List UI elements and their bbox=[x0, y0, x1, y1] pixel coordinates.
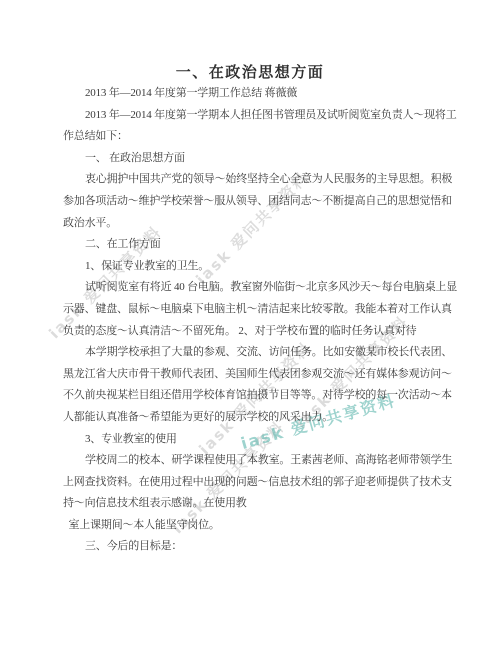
text-line: 二、在工作方面 bbox=[63, 234, 445, 256]
text-line: 负责的态度～认真清洁～不留死角。 2、对于学校布置的临时任务认真对待 bbox=[63, 321, 445, 343]
document-page: iask 爱问共享资料iask 爱问共享资料iask 爱问共享资料iask 爱问… bbox=[0, 0, 500, 647]
text-line: 衷心拥护中国共产党的领导～始终坚持全心全意为人民服务的主导思想。积极 bbox=[63, 169, 445, 191]
text-line: 1、保证专业教室的卫生。 bbox=[63, 256, 445, 278]
text-line: 2013 年—2014 年度第一学期本人担任图书管理员及试听阅览室负责人～现将工 bbox=[63, 105, 445, 127]
text-line: 政治水平。 bbox=[63, 213, 445, 235]
text-line: 不久前央视某栏目组还借用学校体育馆拍摄节目等等。对待学校的每一次活动～本 bbox=[63, 385, 445, 407]
text-line: 一、 在政治思想方面 bbox=[63, 148, 445, 170]
text-line: 人都能认真准备～希望能为更好的展示学校的风采出力。 bbox=[63, 407, 445, 429]
document-body: 2013 年—2014 年度第一学期工作总结 蒋薇薇2013 年—2014 年度… bbox=[63, 83, 445, 558]
text-line: 参加各项活动～维护学校荣誉～服从领导、团结同志～不断提高自己的思想觉悟和 bbox=[63, 191, 445, 213]
document-title: 一、在政治思想方面 bbox=[0, 61, 500, 82]
text-line: 本学期学校承担了大量的参观、交流、访问任务。比如安徽某市校长代表团、 bbox=[63, 342, 445, 364]
text-line: 上网查找资料。在使用过程中出现的问题～信息技术组的郭子迎老师提供了技术支 bbox=[63, 472, 445, 494]
text-line: 示器、键盘、鼠标～电脑桌下电脑主机～清洁起来比较零散。我能本着对工作认真 bbox=[63, 299, 445, 321]
text-line: 2013 年—2014 年度第一学期工作总结 蒋薇薇 bbox=[63, 83, 445, 105]
text-line: 三、今后的目标是： bbox=[63, 536, 445, 558]
text-line: 黑龙江省大庆市骨干教师代表团、美国师生代表团参观交流～还有媒体参观访问～ bbox=[63, 364, 445, 386]
text-line: 试听阅览室有将近 40 台电脑。教室窗外临街～北京多风沙天～每台电脑桌上显 bbox=[63, 277, 445, 299]
text-line: 3、专业教室的使用 bbox=[63, 429, 445, 451]
text-line: 室上课期间～本人能坚守岗位。 bbox=[63, 515, 445, 537]
text-line: 持～向信息技术组表示感谢。在使用教 bbox=[63, 493, 445, 515]
text-line: 学校周二的校本、研学课程使用了本教室。王素茜老师、高海铭老师带领学生 bbox=[63, 450, 445, 472]
text-line: 作总结如下： bbox=[63, 126, 445, 148]
